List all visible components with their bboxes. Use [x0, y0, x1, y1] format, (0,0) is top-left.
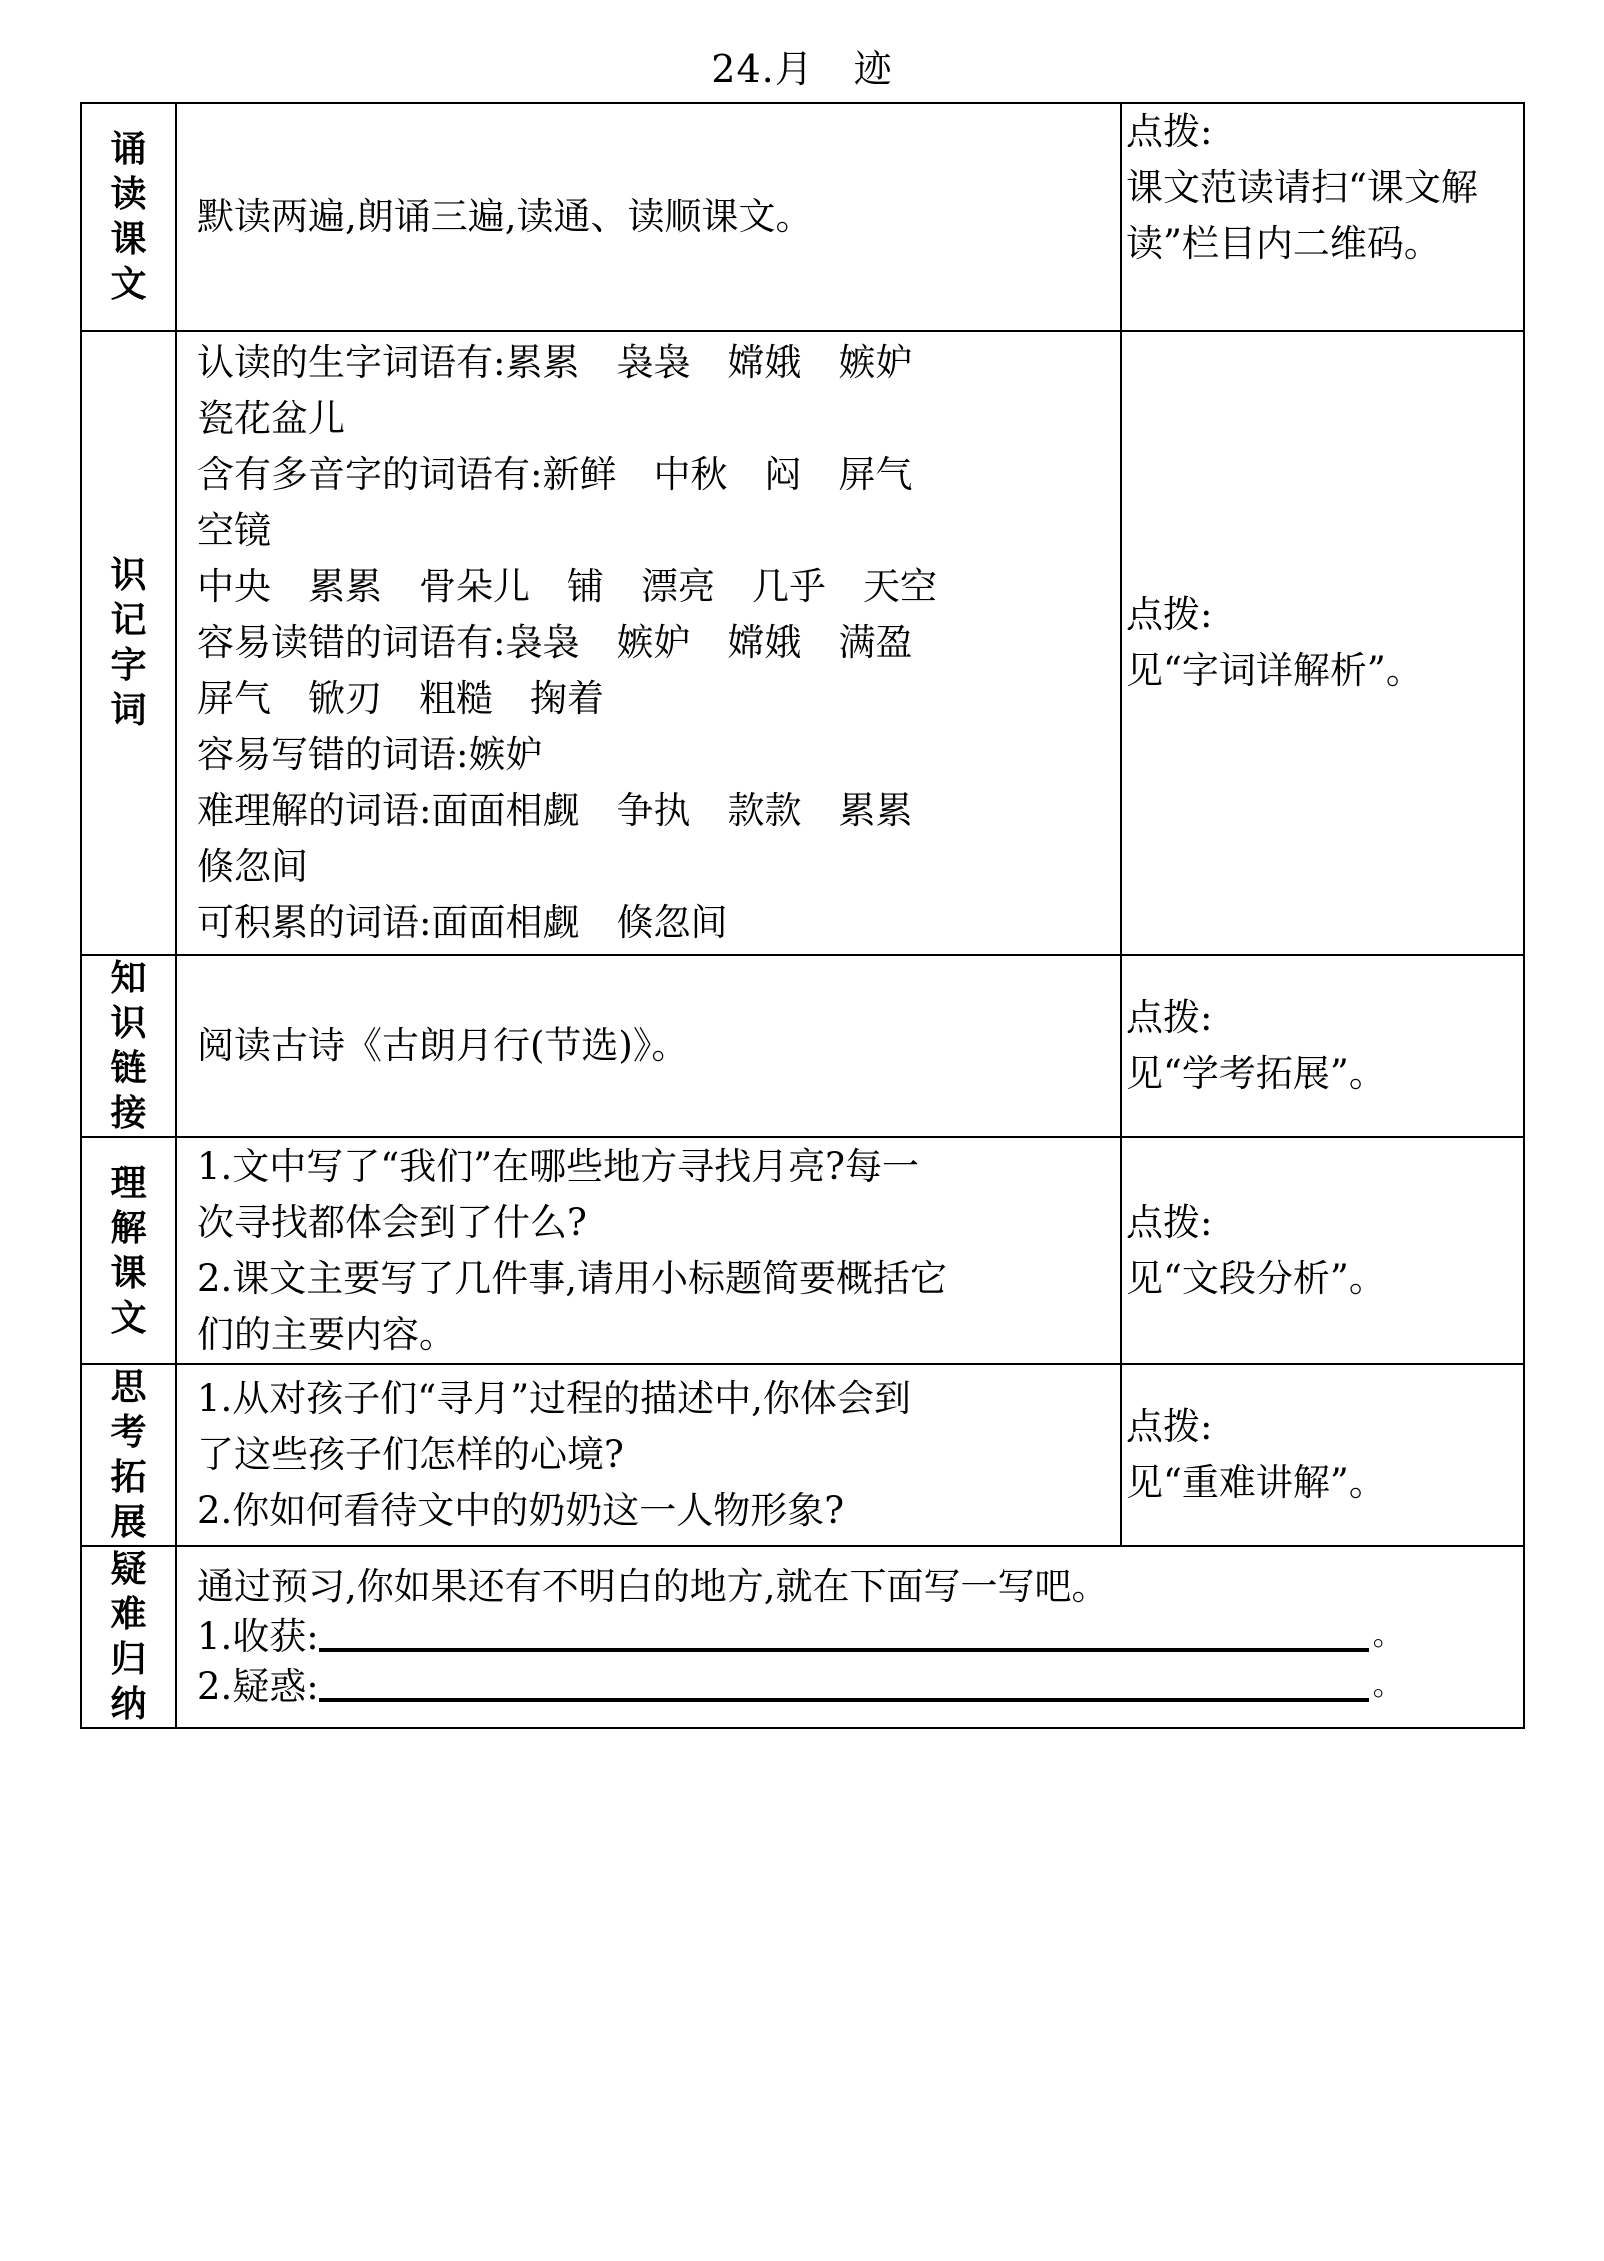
row-label-cell: 知识链接 — [81, 955, 176, 1137]
doubts-blank-line[interactable] — [319, 1698, 1369, 1702]
row-content-cell: 通过预习,你如果还有不明白的地方,就在下面写一写吧。 1.收获:。 2.疑惑:。 — [176, 1546, 1524, 1728]
preview-table: 诵读课文 默读两遍,朗诵三遍,读通、读顺课文。 点拨: 课文范读请扫“课文解读”… — [80, 102, 1525, 1729]
row-content-cell: 认读的生字词语有:累累 袅袅 嫦娥 嫉妒 瓷花盆儿 含有多音字的词语有:新鲜 中… — [176, 331, 1121, 955]
row-content-cell: 1.从对孩子们“寻月”过程的描述中,你体会到 了这些孩子们怎样的心境? 2.你如… — [176, 1364, 1121, 1546]
hint-cell: 点拨: 见“字词详解析”。 — [1121, 331, 1524, 955]
hint-heading: 点拨: — [1126, 587, 1523, 643]
page-title: 24.月迹 — [0, 44, 1604, 94]
gains-field-row: 1.收获:。 — [197, 1612, 1523, 1662]
question-line: 2.你如何看待文中的奶奶这一人物形象? — [197, 1483, 1120, 1539]
content-line: 认读的生字词语有:累累 袅袅 嫦娥 嫉妒 — [197, 335, 1120, 391]
hint-heading: 点拨: — [1126, 1195, 1523, 1251]
content-line: 默读两遍,朗诵三遍,读通、读顺课文。 — [197, 189, 1120, 245]
question-line: 2.课文主要写了几件事,请用小标题简要概括它 — [197, 1251, 1120, 1307]
row-label: 疑难归纳 — [109, 1547, 149, 1727]
gains-label: 1.收获: — [197, 1612, 319, 1662]
content-line: 可积累的词语:面面相觑 倏忽间 — [197, 895, 1120, 951]
row-label: 诵读课文 — [109, 127, 149, 307]
hint-cell: 点拨: 见“文段分析”。 — [1121, 1137, 1524, 1364]
hint-text: 见“字词详解析”。 — [1126, 643, 1523, 699]
content-line: 中央 累累 骨朵儿 铺 漂亮 几乎 天空 — [197, 559, 1120, 615]
content-line: 难理解的词语:面面相觑 争执 款款 累累 — [197, 783, 1120, 839]
question-line: 1.从对孩子们“寻月”过程的描述中,你体会到 — [197, 1371, 1120, 1427]
row-content-cell: 1.文中写了“我们”在哪些地方寻找月亮?每一 次寻找都体会到了什么? 2.课文主… — [176, 1137, 1121, 1364]
hint-heading: 点拨: — [1126, 1399, 1523, 1455]
hint-text: 见“文段分析”。 — [1126, 1251, 1523, 1307]
content-line: 倏忽间 — [197, 839, 1120, 895]
summary-intro: 通过预习,你如果还有不明白的地方,就在下面写一写吧。 — [197, 1562, 1523, 1612]
row-vocabulary: 识记字词 认读的生字词语有:累累 袅袅 嫦娥 嫉妒 瓷花盆儿 含有多音字的词语有… — [81, 331, 1524, 955]
row-label-cell: 理解课文 — [81, 1137, 176, 1364]
lesson-number: 24. — [711, 47, 774, 91]
question-line: 1.文中写了“我们”在哪些地方寻找月亮?每一 — [197, 1139, 1120, 1195]
question-line: 们的主要内容。 — [197, 1307, 1120, 1363]
hint-heading: 点拨: — [1126, 990, 1523, 1046]
row-knowledge-link: 知识链接 阅读古诗《古朗月行(节选)》。 点拨: 见“学考拓展”。 — [81, 955, 1524, 1137]
doubts-end-mark: 。 — [1373, 1666, 1403, 1706]
content-line: 容易读错的词语有:袅袅 嫉妒 嫦娥 满盈 — [197, 615, 1120, 671]
row-label-cell: 思考拓展 — [81, 1364, 176, 1546]
lesson-title-char-2: 迹 — [854, 47, 893, 91]
row-content-cell: 默读两遍,朗诵三遍,读通、读顺课文。 — [176, 103, 1121, 331]
content-line: 空镜 — [197, 503, 1120, 559]
row-content-cell: 阅读古诗《古朗月行(节选)》。 — [176, 955, 1121, 1137]
hint-heading: 点拨: — [1126, 104, 1523, 160]
hint-text: 课文范读请扫“课文解读”栏目内二维码。 — [1126, 160, 1523, 272]
row-label-cell: 诵读课文 — [81, 103, 176, 331]
doubts-label: 2.疑惑: — [197, 1662, 319, 1712]
lesson-title-char-1: 月 — [775, 47, 814, 91]
doubts-field-row: 2.疑惑:。 — [197, 1662, 1523, 1712]
content-line: 屏气 锨刃 粗糙 掬着 — [197, 671, 1120, 727]
row-think-extend: 思考拓展 1.从对孩子们“寻月”过程的描述中,你体会到 了这些孩子们怎样的心境?… — [81, 1364, 1524, 1546]
hint-cell: 点拨: 课文范读请扫“课文解读”栏目内二维码。 — [1121, 103, 1524, 331]
gains-blank-line[interactable] — [319, 1648, 1369, 1652]
row-questions-summary: 疑难归纳 通过预习,你如果还有不明白的地方,就在下面写一写吧。 1.收获:。 2… — [81, 1546, 1524, 1728]
content-line: 瓷花盆儿 — [197, 391, 1120, 447]
row-label: 思考拓展 — [109, 1365, 149, 1545]
hint-text: 见“重难讲解”。 — [1126, 1455, 1523, 1511]
question-line: 次寻找都体会到了什么? — [197, 1195, 1120, 1251]
hint-cell: 点拨: 见“重难讲解”。 — [1121, 1364, 1524, 1546]
hint-text: 见“学考拓展”。 — [1126, 1046, 1523, 1102]
content-line: 容易写错的词语:嫉妒 — [197, 727, 1120, 783]
row-read-aloud: 诵读课文 默读两遍,朗诵三遍,读通、读顺课文。 点拨: 课文范读请扫“课文解读”… — [81, 103, 1524, 331]
question-line: 了这些孩子们怎样的心境? — [197, 1427, 1120, 1483]
content-line: 阅读古诗《古朗月行(节选)》。 — [197, 1018, 1120, 1074]
row-label: 理解课文 — [109, 1161, 149, 1341]
row-label-cell: 疑难归纳 — [81, 1546, 176, 1728]
row-label: 识记字词 — [109, 553, 149, 733]
row-label: 知识链接 — [109, 956, 149, 1136]
hint-cell: 点拨: 见“学考拓展”。 — [1121, 955, 1524, 1137]
content-line: 含有多音字的词语有:新鲜 中秋 闷 屏气 — [197, 447, 1120, 503]
row-label-cell: 识记字词 — [81, 331, 176, 955]
gains-end-mark: 。 — [1373, 1616, 1403, 1656]
row-understand-text: 理解课文 1.文中写了“我们”在哪些地方寻找月亮?每一 次寻找都体会到了什么? … — [81, 1137, 1524, 1364]
